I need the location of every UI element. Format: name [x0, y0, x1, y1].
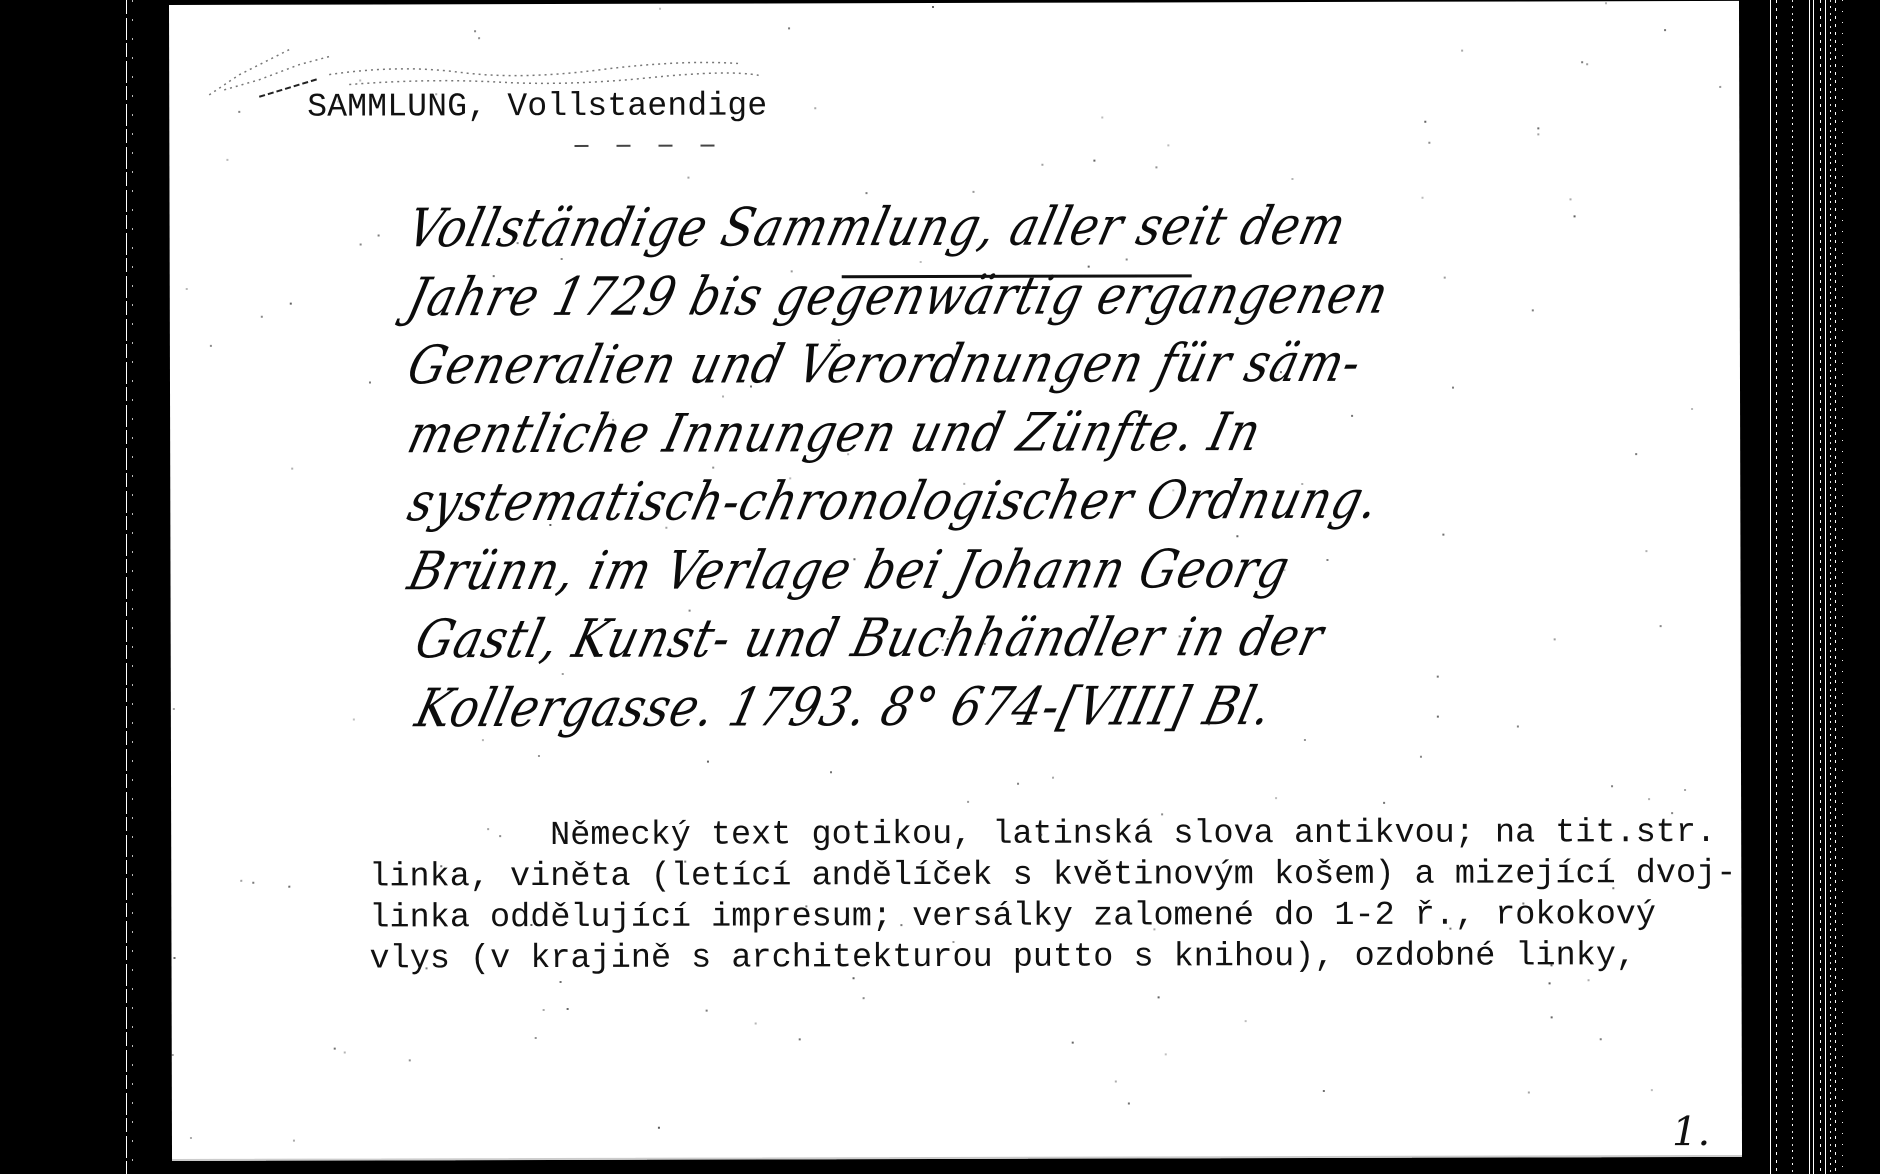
strip-line — [1835, 0, 1836, 1174]
handwritten-line: Generalien und Verordnungen für säm- — [401, 328, 1369, 400]
handwritten-entry: Vollständige Sammlung, aller seit demJah… — [169, 1, 1742, 1161]
handwritten-line: Gastl, Kunst- und Buchhändler in der — [409, 602, 1332, 673]
index-card: SAMMLUNG, Vollstaendige Vollständige Sam… — [169, 1, 1742, 1161]
description-line: linka oddělující impresum; versálky zalo… — [369, 895, 1736, 940]
scanner-edge-dots — [132, 0, 133, 1174]
handwritten-line: Jahre 1729 bis gegenwärtig ergangenen — [401, 259, 1396, 331]
strip-line — [1825, 0, 1826, 1174]
description-line: Německý text gotikou, latinská slova ant… — [369, 813, 1736, 858]
strip-line — [1770, 0, 1771, 1174]
scanner-edge-line — [126, 0, 127, 1174]
strip-line — [1776, 0, 1777, 1174]
handwritten-line: Brünn, im Verlage bei Johann Georg — [402, 534, 1298, 605]
description-line: vlys (v krajině s architekturou putto s … — [369, 936, 1736, 981]
description-paragraph: Německý text gotikou, latinská slova ant… — [369, 813, 1736, 981]
strip-line — [1842, 0, 1843, 1174]
handwritten-line: Vollständige Sammlung, aller seit dem — [401, 191, 1354, 262]
handwritten-line: mentliche Innungen und Zünfte. In — [401, 397, 1269, 468]
page-number: 1. — [1672, 1109, 1710, 1155]
strip-line — [1820, 0, 1821, 1174]
strip-line — [1792, 0, 1793, 1174]
scanner-right-strip — [1744, 0, 1880, 1174]
strip-line — [1813, 0, 1814, 1174]
strip-line — [1809, 0, 1810, 1174]
description-line: linka, viněta (letící andělíček s květin… — [369, 854, 1736, 899]
handwritten-line: Kollergasse. 1793. 8° 674-[VIII] Bl. — [409, 671, 1280, 742]
strip-line — [1830, 0, 1831, 1174]
